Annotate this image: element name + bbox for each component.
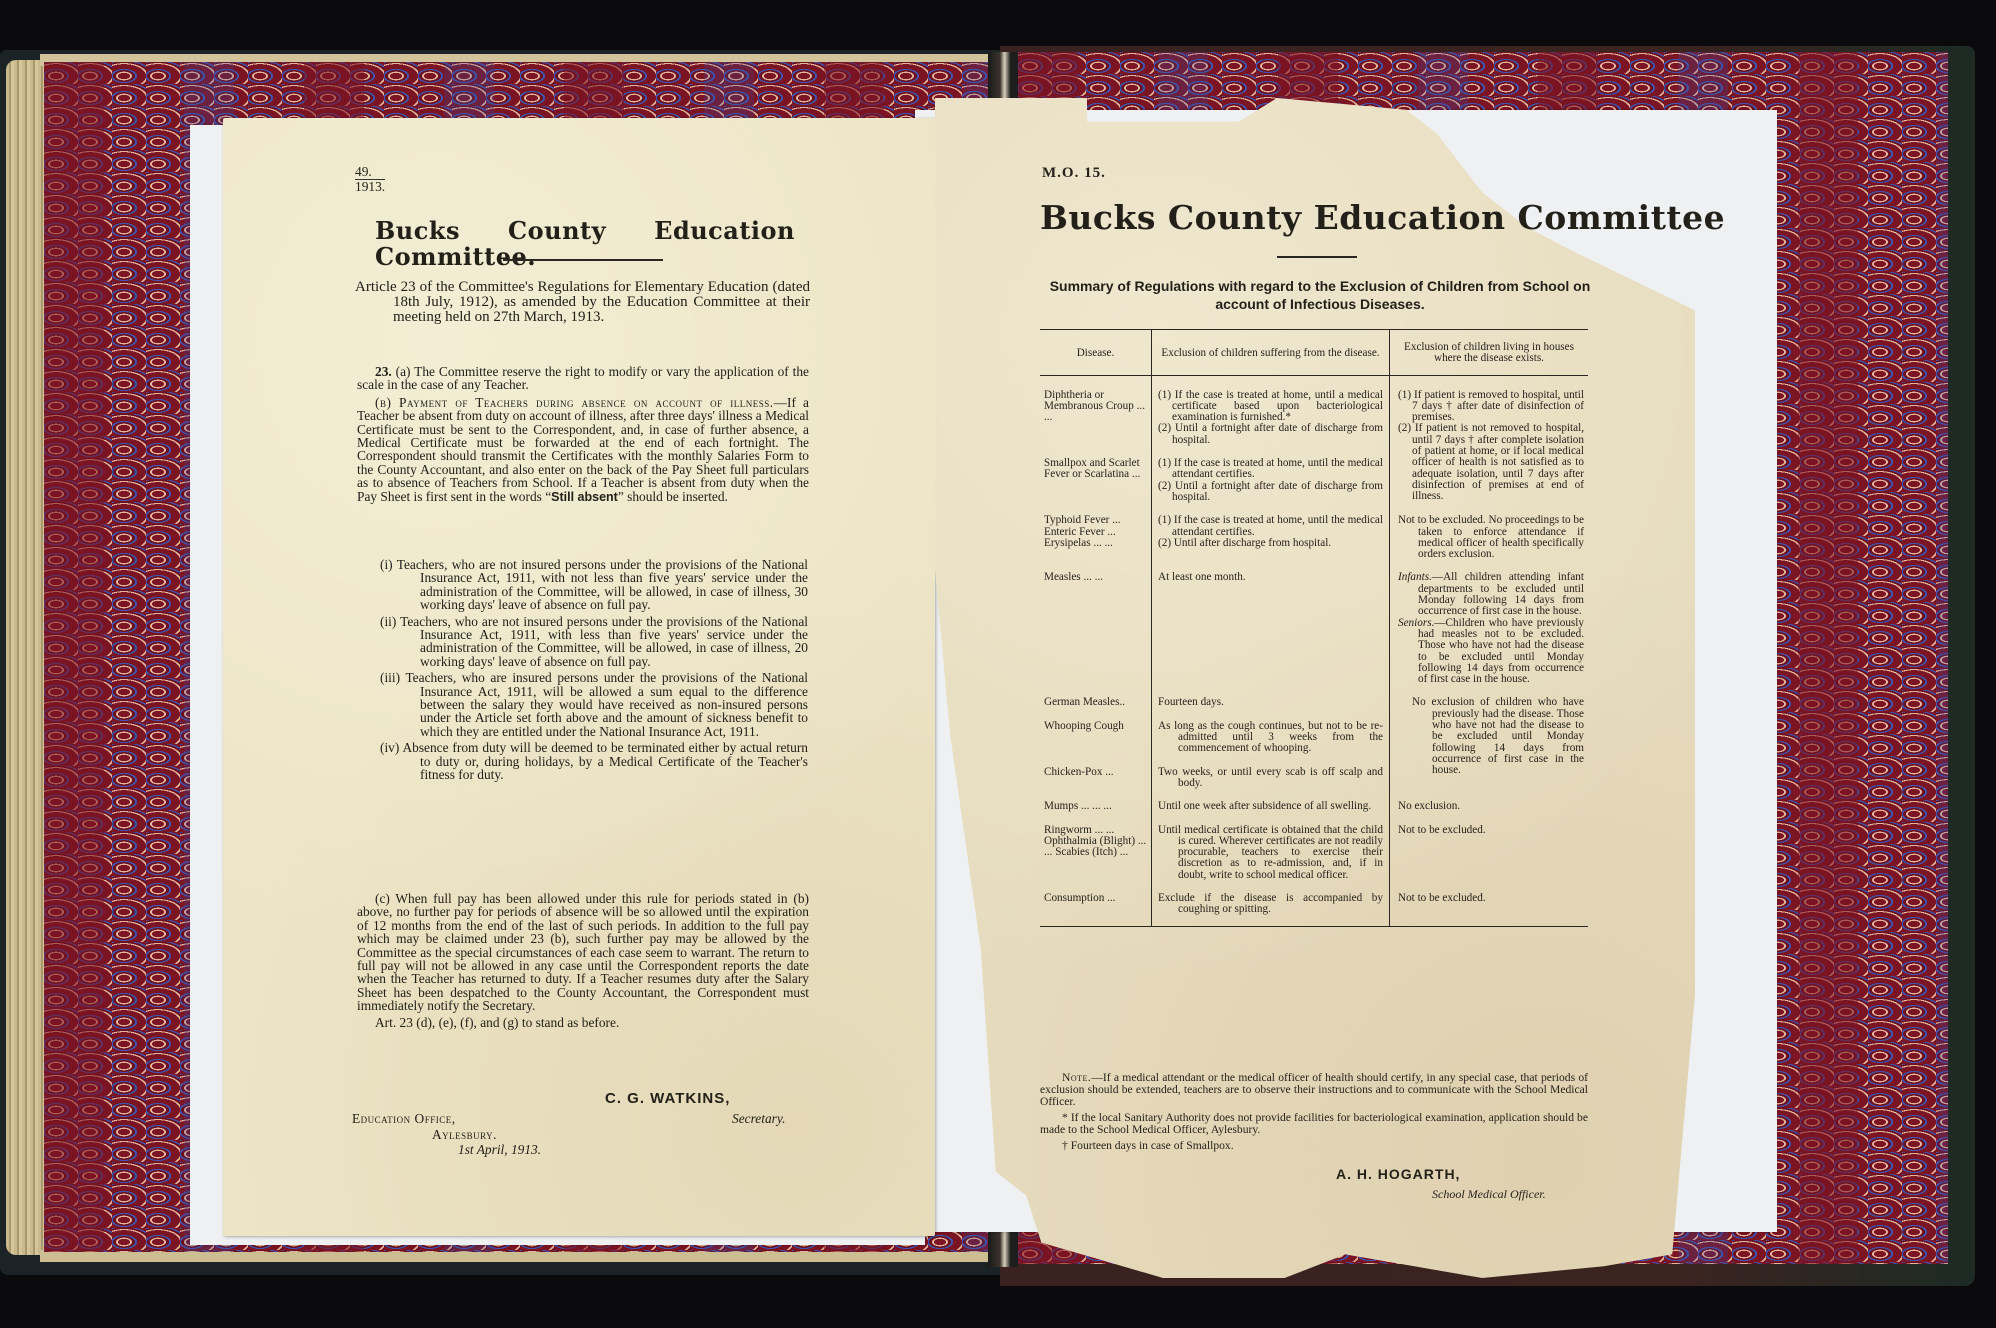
form-code: M.O. 15. <box>1042 167 1106 179</box>
list-item: (iv) Absence from duty will be deemed to… <box>380 741 808 781</box>
signatory-name: A. H. HOGARTH, <box>1336 1168 1460 1180</box>
office-line-1: Education Office, <box>352 1112 456 1125</box>
disease-cell: Whooping Cough <box>1040 721 1152 767</box>
column-header-household: Exclusion of children living in houses w… <box>1390 330 1589 376</box>
signatory-role: Secretary. <box>732 1112 785 1125</box>
article-23-rest: Art. 23 (d), (e), (f), and (g) to stand … <box>357 1016 809 1029</box>
table-row: Consumption ... Exclude if the disease i… <box>1040 893 1588 926</box>
list-item: (iii) Teachers, who are insured persons … <box>380 671 808 738</box>
list-item: (i) Teachers, who are not insured person… <box>380 558 808 612</box>
table-row: Measles ... ... At least one month. Infa… <box>1040 572 1588 697</box>
article-23c: (c) When full pay has been allowed under… <box>357 892 809 1032</box>
column-header-sufferer: Exclusion of children suffering from the… <box>1152 330 1390 376</box>
household-cell: Not to be excluded. <box>1390 893 1589 926</box>
footnote-dagger: † Fourteen days in case of Smallpox. <box>1040 1140 1588 1152</box>
sufferer-cell: (1) If the case is treated at home, unti… <box>1152 458 1390 515</box>
table-row: German Measles.. Fourteen days. No exclu… <box>1040 697 1588 720</box>
disease-cell: Chicken-Pox ... <box>1040 767 1152 802</box>
disease-cell: Measles ... ... <box>1040 572 1152 697</box>
disease-cell: Smallpox and Scarlet Fever or Scarlatina… <box>1040 458 1152 515</box>
book-photograph: 49. 1913. Bucks County Education Committ… <box>0 0 1996 1328</box>
sub-items-list: (i) Teachers, who are not insured person… <box>380 558 808 785</box>
page-number-value: 49. <box>355 165 385 180</box>
sufferer-cell: Two weeks, or until every scab is off sc… <box>1152 767 1390 802</box>
intro-paragraph: Article 23 of the Committee's Regulation… <box>355 280 810 325</box>
page-number: 49. 1913. <box>355 165 385 194</box>
disease-cell: Diphtheria or Membranous Croup ... ... <box>1040 375 1152 458</box>
document-title: Bucks County Education Committee. <box>375 218 795 270</box>
sufferer-cell: (1) If the case is treated at home, unti… <box>1152 375 1390 458</box>
signatory-name: C. G. WATKINS, <box>605 1092 730 1105</box>
footnote-star: * If the local Sanitary Authority does n… <box>1040 1112 1588 1136</box>
sufferer-cell: Fourteen days. <box>1152 697 1390 720</box>
article-23-body: 23. (a) The Committee reserve the right … <box>357 365 809 508</box>
household-cell: Not to be excluded. <box>1390 825 1589 893</box>
household-cell: Not to be excluded. No proceedings to be… <box>1390 515 1589 572</box>
table-row: Mumps ... ... ... Until one week after s… <box>1040 801 1588 824</box>
sufferer-cell: Until one week after subsidence of all s… <box>1152 801 1390 824</box>
note-paragraph: Note.—If a medical attendant or the medi… <box>1040 1072 1588 1108</box>
sufferer-cell: (1) If the case is treated at home, unti… <box>1152 515 1390 572</box>
office-line-2: Aylesbury. <box>432 1128 497 1141</box>
list-item: (ii) Teachers, who are not insured perso… <box>380 615 808 669</box>
household-cell: No exclusion. <box>1390 801 1589 824</box>
document-subtitle: Summary of Regulations with regard to th… <box>1040 277 1600 313</box>
sufferer-cell: Until medical certificate is obtained th… <box>1152 825 1390 893</box>
article-23a: 23. (a) The Committee reserve the right … <box>357 365 809 392</box>
document-date: 1st April, 1913. <box>458 1143 541 1156</box>
disease-cell: German Measles.. <box>1040 697 1152 720</box>
table-row: Diphtheria or Membranous Croup ... ... (… <box>1040 375 1588 458</box>
disease-cell: Typhoid Fever ... Enteric Fever ... Erys… <box>1040 515 1152 572</box>
exclusion-table: Disease. Exclusion of children suffering… <box>1040 329 1588 927</box>
household-cell: (1) If patient is removed to hospital, u… <box>1390 375 1589 515</box>
page-block-edge <box>6 60 46 1255</box>
disease-cell: Mumps ... ... ... <box>1040 801 1152 824</box>
sufferer-cell: As long as the cough continues, but not … <box>1152 721 1390 767</box>
article-23b: (b) Payment of Teachers during absence o… <box>357 396 809 504</box>
household-cell: Infants.—All children attending infant d… <box>1390 572 1589 697</box>
document-title: Bucks County Education Committee <box>1040 200 1725 236</box>
disease-cell: Consumption ... <box>1040 893 1152 926</box>
signatory-role: School Medical Officer. <box>1432 1188 1546 1200</box>
table-row: Typhoid Fever ... Enteric Fever ... Erys… <box>1040 515 1588 572</box>
title-divider <box>503 259 663 261</box>
notes-section: Note.—If a medical attendant or the medi… <box>1040 1072 1588 1156</box>
table-header-row: Disease. Exclusion of children suffering… <box>1040 330 1588 376</box>
title-divider <box>1277 256 1357 258</box>
table-row: Ringworm ... ... Ophthalmia (Blight) ...… <box>1040 825 1588 893</box>
sufferer-cell: Exclude if the disease is accompanied by… <box>1152 893 1390 926</box>
year-value: 1913. <box>355 179 385 194</box>
sufferer-cell: At least one month. <box>1152 572 1390 697</box>
disease-cell: Ringworm ... ... Ophthalmia (Blight) ...… <box>1040 825 1152 893</box>
column-header-disease: Disease. <box>1040 330 1152 376</box>
household-cell: No exclusion of children who have previo… <box>1390 697 1589 801</box>
